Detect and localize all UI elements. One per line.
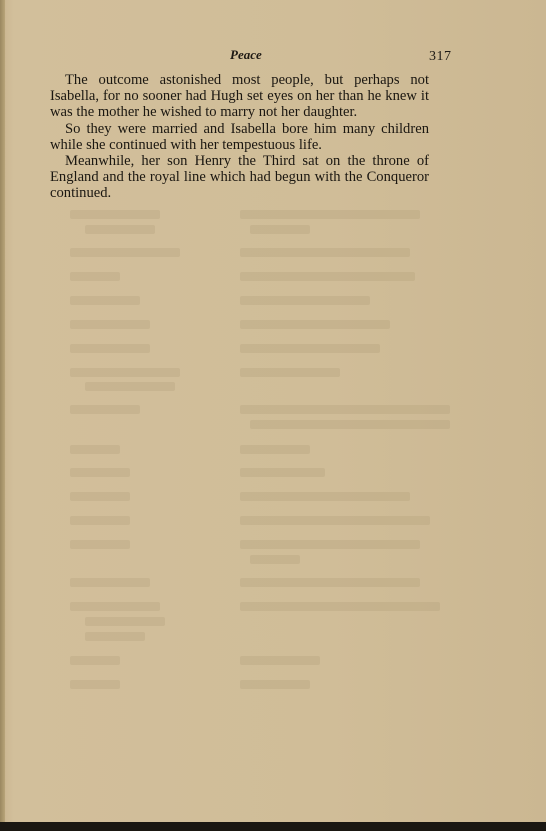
page-number: 317 <box>429 49 452 65</box>
paragraph: The outcome astonished most people, but … <box>50 72 429 121</box>
paragraph: Meanwhile, her son Henry the Third sat o… <box>50 153 429 202</box>
body-text: The outcome astonished most people, but … <box>50 72 429 202</box>
page-binding-edge <box>0 0 5 822</box>
scan-bottom-edge <box>0 822 546 831</box>
running-head: Peace <box>230 47 262 63</box>
book-page: Peace 317 The outcome astonished most pe… <box>0 0 546 822</box>
paragraph: So they were married and Isabella bore h… <box>50 121 429 153</box>
